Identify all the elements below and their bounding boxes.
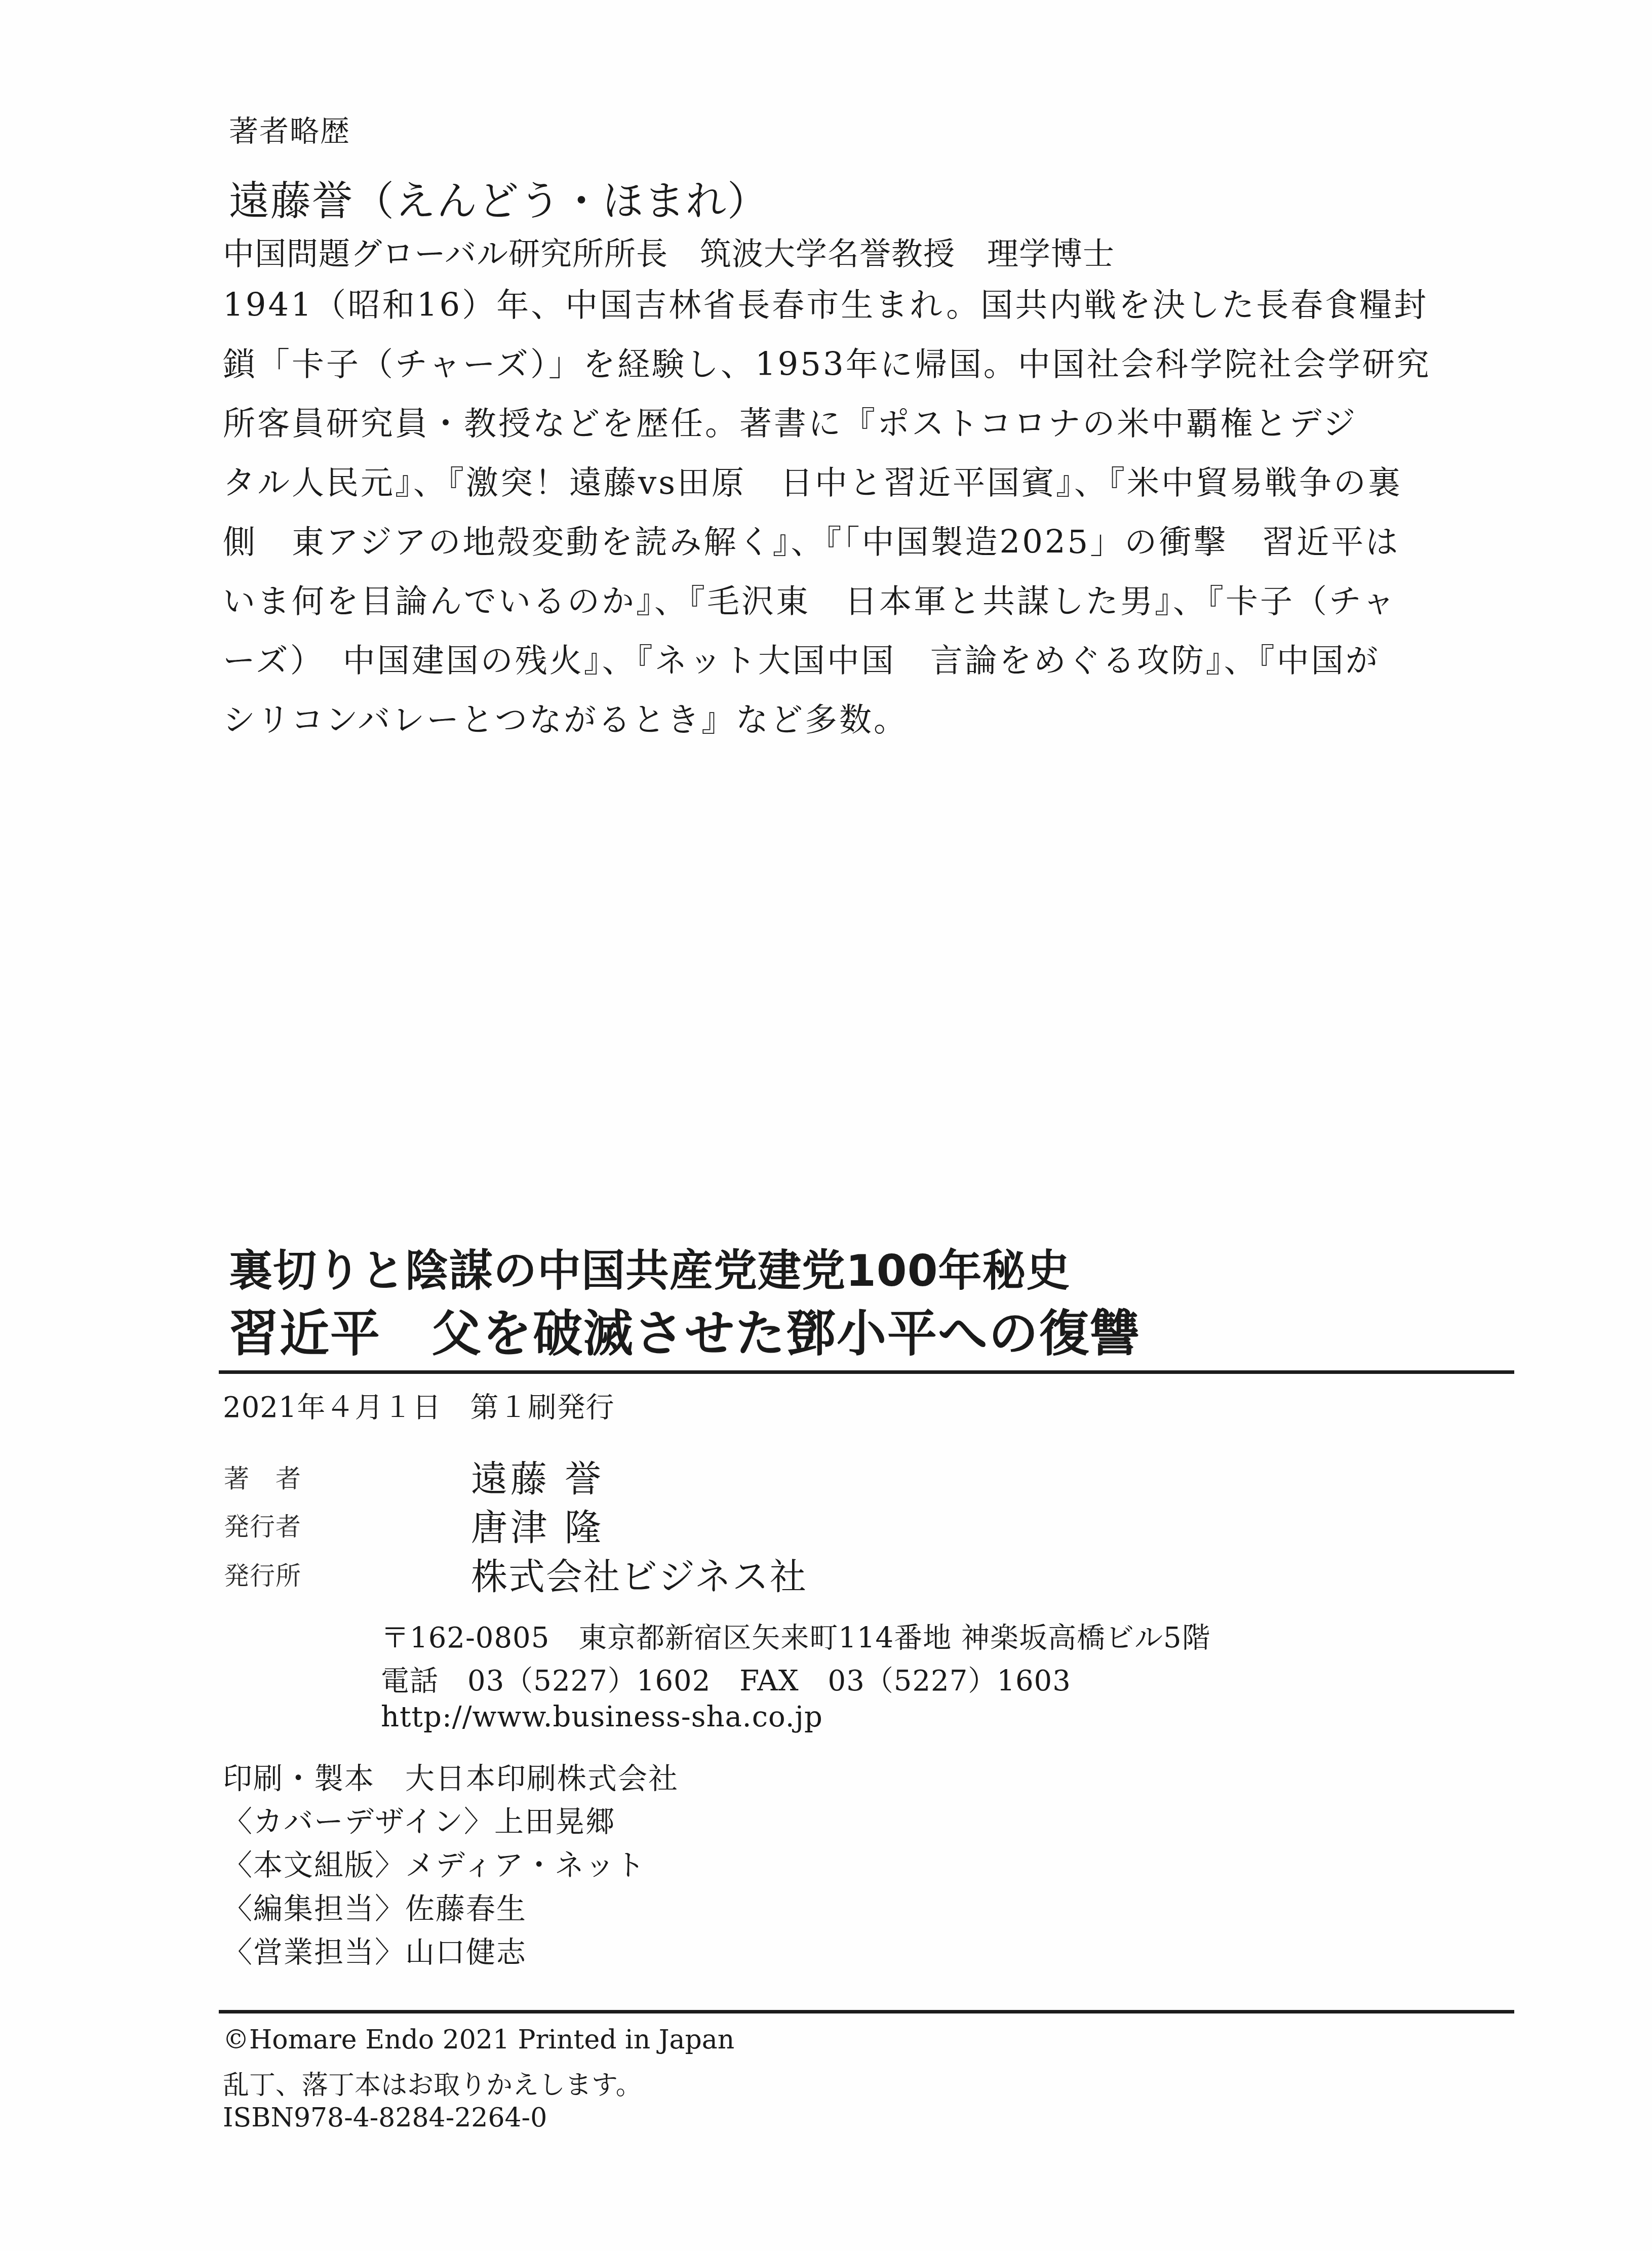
editor-credit: 〈編集担当〉佐藤春生 <box>223 1885 527 1927</box>
author-bio: 1941（昭和16）年、中国吉林省長春市生まれ。国共内戦を決した長春食糧封 鎖「… <box>223 276 1509 750</box>
colophon-page: 著者略歴 遠藤誉（えんどう・ほまれ） 中国問題グローバル研究所所長 筑波大学名誉… <box>0 0 1652 2251</box>
book-subtitle: 裏切りと陰謀の中国共産党建党100年秘史 <box>229 1236 1071 1298</box>
credit-value-publisher: 唐津 隆 <box>471 1498 604 1551</box>
bio-line: いま何を目論んでいるのか』、『毛沢東 日本軍と共謀した男』、『卡子（チャ <box>223 572 1509 631</box>
credit-value-publishing-house: 株式会社ビジネス社 <box>471 1547 807 1600</box>
cover-design-credit: 〈カバーデザイン〉上田晃郷 <box>223 1798 616 1840</box>
sales-credit: 〈営業担当〉山口健志 <box>223 1928 527 1971</box>
bio-line: 所客員研究員・教授などを歴任。著書に『ポストコロナの米中覇権とデジ <box>223 394 1509 454</box>
isbn: ISBN978-4-8284-2264-0 <box>223 2103 547 2133</box>
divider-rule <box>219 1370 1514 1374</box>
edition-date: 2021年４月１日 第１刷発行 <box>223 1385 615 1426</box>
publisher-address: 〒162-0805 東京都新宿区矢来町114番地 神楽坂高橋ビル5階 <box>381 1615 1211 1656</box>
copyright-notice: ©Homare Endo 2021 Printed in Japan <box>223 2025 734 2055</box>
typesetting-credit: 〈本文組版〉メディア・ネット <box>223 1841 646 1884</box>
credit-value-author: 遠藤 誉 <box>471 1449 604 1502</box>
publisher-url[interactable]: http://www.business-sha.co.jp <box>381 1701 823 1733</box>
credit-label-publisher: 発行者 <box>224 1507 301 1543</box>
printing-credit: 印刷・製本 大日本印刷株式会社 <box>223 1755 679 1797</box>
author-profile-heading: 著者略歴 <box>229 107 350 150</box>
book-title: 習近平 父を破滅させた鄧小平への復讐 <box>229 1294 1140 1365</box>
credit-label-publishing-house: 発行所 <box>224 1556 301 1592</box>
publisher-phone-fax: 電話 03（5227）1602 FAX 03（5227）1603 <box>381 1658 1071 1699</box>
bio-line: タル人民元』、『激突！遠藤vs田原 日中と習近平国賓』、『米中貿易戦争の裏 <box>223 454 1509 513</box>
author-name: 遠藤誉（えんどう・ほまれ） <box>229 168 769 226</box>
bio-line: 鎖「卡子（チャーズ）」を経験し、1953年に帰国。中国社会科学院社会学研究 <box>223 335 1509 394</box>
bio-line: 側 東アジアの地殻変動を読み解く』、『「中国製造2025」の衝撃 習近平は <box>223 513 1509 572</box>
replacement-notice: 乱丁、落丁本はお取りかえします。 <box>223 2064 642 2102</box>
credit-label-author: 著 者 <box>224 1458 301 1495</box>
divider-rule <box>219 2010 1514 2013</box>
author-titles: 中国問題グローバル研究所所長 筑波大学名誉教授 理学博士 <box>223 229 1115 274</box>
bio-line: ーズ） 中国建国の残火』、『ネット大国中国 言論をめぐる攻防』、『中国が <box>223 631 1509 691</box>
bio-line: シリコンバレーとつながるとき』など多数。 <box>223 691 1509 750</box>
bio-line: 1941（昭和16）年、中国吉林省長春市生まれ。国共内戦を決した長春食糧封 <box>223 276 1509 335</box>
